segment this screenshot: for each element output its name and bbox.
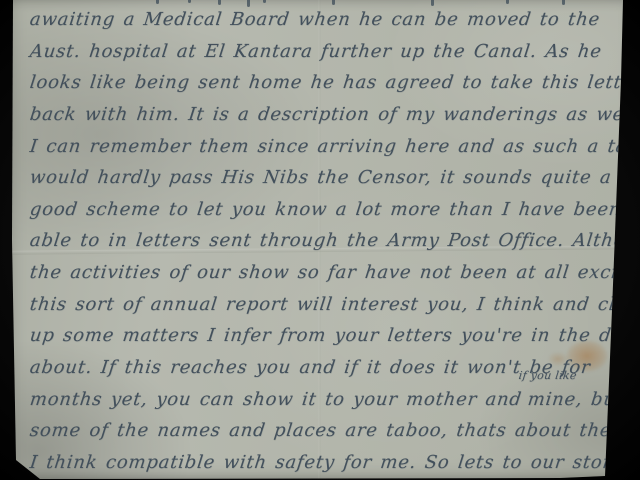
- photo-canvas: awaiting a Medical Board when he can be …: [0, 0, 640, 480]
- letter-line: looks like being sent home he has agreed…: [28, 67, 622, 99]
- letter-line: awaiting a Medical Board when he can be …: [28, 4, 622, 36]
- stroke-fragment: [188, 0, 191, 3]
- letter-line: Aust. hospital at El Kantara further up …: [28, 36, 622, 68]
- letter-line: some of the names and places are taboo, …: [28, 415, 622, 447]
- letter-line: the activities of our show so far have n…: [28, 257, 622, 289]
- letter-line: I think compatible with safety for me. S…: [28, 447, 622, 479]
- letter-line: good scheme to let you know a lot more t…: [28, 194, 622, 226]
- letter-line-with-insertion: months yet, you can show it to your moth…: [28, 384, 622, 416]
- line-segment-pre: months yet, you can show it to your moth…: [29, 389, 523, 410]
- stroke-fragment: [263, 0, 266, 3]
- letter-text-block: awaiting a Medical Board when he can be …: [28, 4, 618, 479]
- letter-line: up some matters I infer from your letter…: [28, 320, 622, 352]
- letter-line: able to in letters sent through the Army…: [28, 225, 622, 257]
- letter-line: this sort of annual report will interest…: [28, 289, 622, 321]
- letter-line: would hardly pass His Nibs the Censor, i…: [28, 162, 622, 194]
- letter-line: back with him. It is a description of my…: [28, 99, 622, 131]
- interline-insertion: if you like: [517, 360, 579, 392]
- letter-line: I can remember them since arriving here …: [28, 131, 622, 163]
- letter-paper: awaiting a Medical Board when he can be …: [0, 0, 640, 480]
